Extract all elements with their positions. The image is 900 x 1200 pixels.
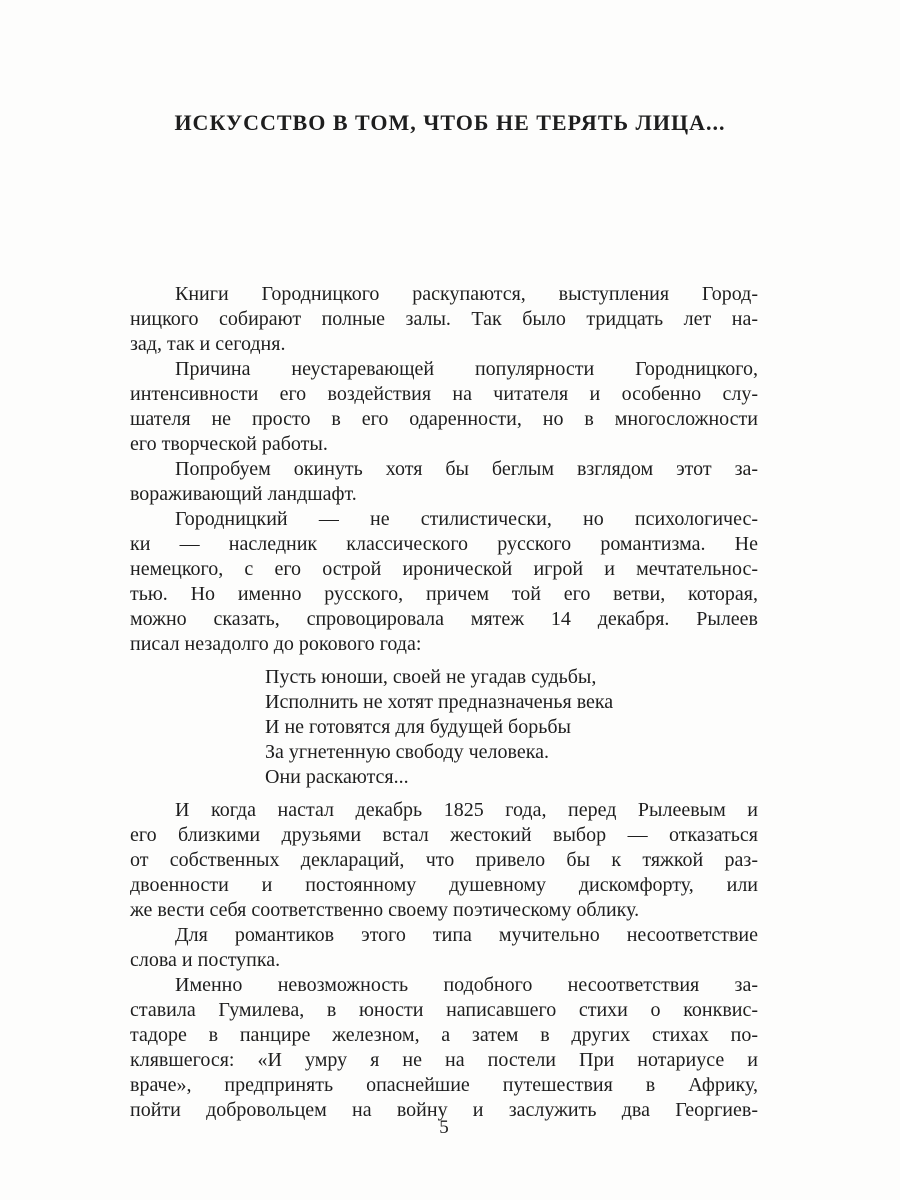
text-line: писал незадолго до рокового года: (130, 632, 758, 657)
paragraph: Попробуем окинуть хотя бы беглым взглядо… (130, 457, 758, 507)
text-line: вораживающий ландшафт. (130, 482, 758, 507)
text-line: Книги Городницкого раскупаются, выступле… (130, 282, 758, 307)
text-line: же вести себя соответственно своему поэт… (130, 898, 758, 923)
text-line: зад, так и сегодня. (130, 332, 758, 357)
verse-line: Пусть юноши, своей не угадав судьбы, (265, 665, 758, 690)
text-line: его творческой работы. (130, 432, 758, 457)
paragraph: Именно невозможность подобного несоответ… (130, 973, 758, 1123)
paragraph: Книги Городницкого раскупаются, выступле… (130, 282, 758, 357)
paragraph: Для романтиков этого типа мучительно нес… (130, 923, 758, 973)
text-line: двоенности и постоянному душевному диско… (130, 873, 758, 898)
text-line: ки — наследник классического русского ро… (130, 532, 758, 557)
text-line: интенсивности его воздействия на читател… (130, 382, 758, 407)
paragraph: Причина неустаревающей популярности Горо… (130, 357, 758, 457)
book-page: ИСКУССТВО В ТОМ, ЧТОБ НЕ ТЕРЯТЬ ЛИЦА... … (0, 0, 900, 1200)
text-line: Именно невозможность подобного несоответ… (130, 973, 758, 998)
text-line: немецкого, с его острой иронической игро… (130, 557, 758, 582)
verse-line: И не готовятся для будущей борьбы (265, 715, 758, 740)
verse-line: Исполнить не хотят предназначенья века (265, 690, 758, 715)
text-line: его близкими друзьями встал жестокий выб… (130, 823, 758, 848)
chapter-title: ИСКУССТВО В ТОМ, ЧТОБ НЕ ТЕРЯТЬ ЛИЦА... (70, 110, 830, 136)
text-line: враче», предпринять опаснейшие путешеств… (130, 1073, 758, 1098)
text-line: Причина неустаревающей популярности Горо… (130, 357, 758, 382)
text-line: тадоре в панцире железном, а затем в дру… (130, 1023, 758, 1048)
text-line: клявшегося: «И умру я не на постели При … (130, 1048, 758, 1073)
verse-line: За угнетенную свободу человека. (265, 740, 758, 765)
text-line: ницкого собирают полные залы. Так было т… (130, 307, 758, 332)
text-block: Книги Городницкого раскупаются, выступле… (130, 282, 758, 1123)
verse-quote: Пусть юноши, своей не угадав судьбы,Испо… (265, 665, 758, 790)
text-line: шателя не просто в его одаренности, но в… (130, 407, 758, 432)
text-line: Городницкий — не стилистически, но психо… (130, 507, 758, 532)
text-line: можно сказать, спровоцировала мятеж 14 д… (130, 607, 758, 632)
paragraph: И когда настал декабрь 1825 года, перед … (130, 798, 758, 923)
paragraph: Городницкий — не стилистически, но психо… (130, 507, 758, 657)
text-line: ставила Гумилева, в юности написавшего с… (130, 998, 758, 1023)
text-line: от собственных деклараций, что привело б… (130, 848, 758, 873)
page-number: 5 (130, 1117, 758, 1139)
text-line: И когда настал декабрь 1825 года, перед … (130, 798, 758, 823)
text-line: тью. Но именно русского, причем той его … (130, 582, 758, 607)
text-line: Попробуем окинуть хотя бы беглым взглядо… (130, 457, 758, 482)
text-line: Для романтиков этого типа мучительно нес… (130, 923, 758, 948)
text-line: слова и поступка. (130, 948, 758, 973)
verse-line: Они раскаются... (265, 765, 758, 790)
